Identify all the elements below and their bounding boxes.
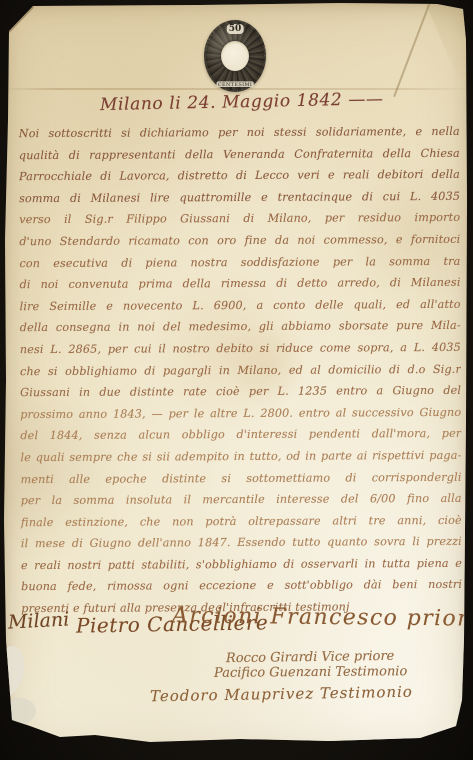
manuscript-line: menti alle epoche distinte si sottometti… (21, 466, 462, 490)
signature-prior: Arcioni Francesco priore (172, 603, 473, 631)
photo-background: 50 CENTESIMI Milano li 24. Maggio 1842 —… (0, 0, 473, 760)
manuscript-line: Parrocchiale di Lavorca, distretto di Le… (19, 164, 460, 188)
manuscript-line: finale estinzione, che non potrà oltrepa… (21, 510, 462, 534)
manuscript-line: lire Seimille e novecento L. 6900, a con… (20, 294, 461, 318)
torn-edge-patch (430, 726, 470, 746)
signature-clerk: Milani (7, 608, 69, 633)
manuscript-line: nesi L. 2865, per cui il nostro debito s… (20, 337, 461, 361)
manuscript-line: della consegna in noi del medesimo, gli … (20, 315, 461, 339)
manuscript-line: le quali sempre che si sii adempito in t… (20, 445, 461, 469)
manuscript-line: Noi sottoscritti si dichiariamo per noi … (19, 121, 460, 145)
manuscript-line: del 1844, senza alcun obbligo d'interess… (20, 423, 461, 447)
torn-edge-patch (0, 708, 10, 724)
manuscript-line: con esecutiva di piena nostra soddisfazi… (19, 250, 460, 274)
dateline: Milano li 24. Maggio 1842 —— (100, 89, 400, 115)
stamp-value: 50 (227, 24, 244, 34)
cut-corner-edge (8, 6, 34, 33)
manuscript-line: d'uno Stendardo ricamato con oro fine da… (19, 229, 460, 253)
manuscript-line: per la somma insoluta il mercantile inte… (21, 488, 462, 512)
manuscript-line: verso il Sig.r Filippo Giussani di Milan… (19, 207, 460, 231)
manuscript-line: che si obblighiamo di pagargli in Milano… (20, 358, 461, 382)
manuscript-line: somma di Milanesi lire quattromille e tr… (19, 186, 460, 210)
manuscript-body: Noi sottoscritti si dichiariamo per noi … (19, 121, 463, 620)
corner-crease (393, 2, 431, 97)
manuscript-line: Giussani in due distinte rate cioè per L… (20, 380, 461, 404)
torn-edge-patch (0, 695, 38, 728)
manuscript-line: il mese di Giugno dell'anno 1847. Essend… (21, 531, 462, 555)
revenue-stamp: 50 CENTESIMI (204, 20, 266, 92)
folded-corner (418, 2, 468, 102)
document-page: 50 CENTESIMI Milano li 24. Maggio 1842 —… (0, 0, 473, 760)
signature-witness-1: Pacifico Guenzani Testimonio (214, 664, 407, 681)
stamp-caption: CENTESIMI (217, 81, 254, 87)
signature-witness-2: Teodoro Mauprivez Testimonio (150, 683, 413, 706)
manuscript-line: di noi convenuta prima della rimessa di … (19, 272, 460, 296)
manuscript-line: qualità di rappresentanti della Venerand… (19, 142, 460, 166)
stamp-center-hole (221, 41, 249, 71)
manuscript-line: buona fede, rimossa ogni eccezione e sot… (21, 574, 462, 598)
manuscript-line: prossimo anno 1843, — per le altre L. 28… (20, 402, 461, 426)
manuscript-line: e reali nostri patti stabiliti, s'obblig… (21, 553, 462, 577)
torn-edge-patch (0, 644, 29, 699)
